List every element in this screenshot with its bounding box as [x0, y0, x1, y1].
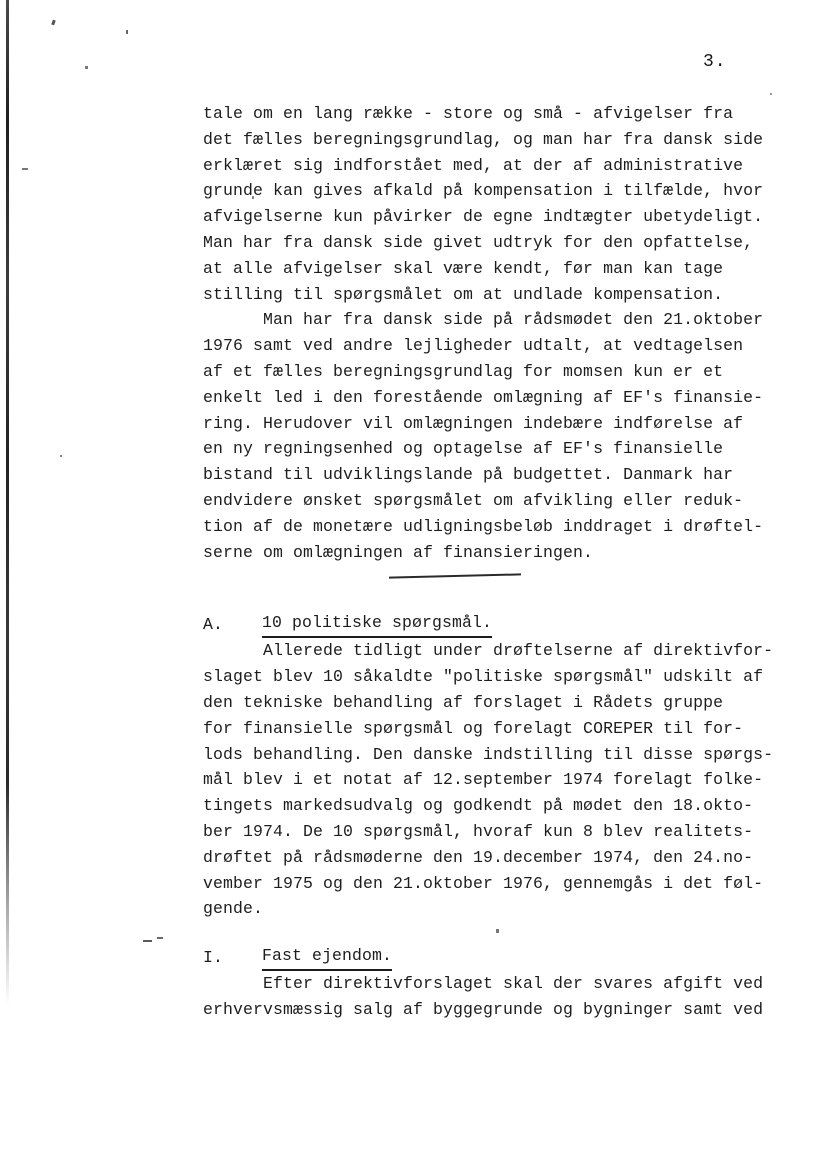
scan-noise: [143, 940, 152, 942]
scan-noise: [126, 30, 128, 34]
section-a-title: 10 politiske spørgsmål.: [262, 612, 492, 638]
section-i-title: Fast ejendom.: [262, 945, 392, 971]
scan-noise: [85, 66, 88, 69]
section-i-heading: I. Fast ejendom.: [203, 945, 803, 971]
paragraph-intro: tale om en lang række - store og små - a…: [203, 101, 803, 565]
paragraph-section-a: Allerede tidligt under drøftelserne af d…: [203, 638, 803, 922]
document-page: 3. tale om en lang række - store og små …: [0, 0, 825, 1168]
section-divider-line: [389, 574, 521, 579]
section-a-label: A.: [203, 612, 262, 638]
text-block: tale om en lang række - store og små - a…: [203, 101, 803, 1023]
scan-noise: [770, 93, 772, 95]
section-i-label: I.: [203, 945, 262, 971]
scan-noise: [157, 937, 163, 939]
page-number: 3.: [703, 52, 727, 72]
section-a-heading: A. 10 politiske spørgsmål.: [203, 612, 803, 638]
scan-noise: [60, 455, 62, 457]
scan-noise: [22, 168, 28, 170]
scan-noise: [51, 20, 56, 26]
scan-artifact-line: [6, 0, 9, 1005]
paragraph-section-i: Efter direktivforslaget skal der svares …: [203, 971, 803, 1023]
